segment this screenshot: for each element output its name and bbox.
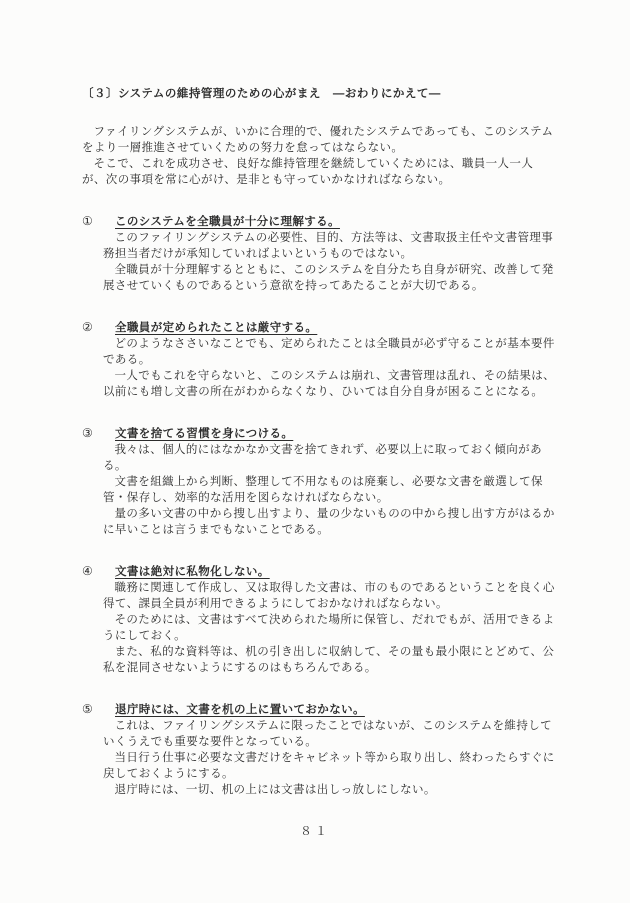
item-number: ①	[82, 213, 115, 229]
intro-section: ファイリングシステムが、いかに合理的で、優れたシステムであっても、このシステムを…	[82, 124, 556, 188]
item-heading: 文書は絶対に私物化しない。	[115, 564, 278, 580]
item-number: ②	[82, 319, 115, 335]
item-paragraph: これは、ファイリングシステムに限ったことではないが、このシステムを維持していくう…	[103, 718, 556, 750]
item-paragraph: 一人でもこれを守らないと、このシステムは崩れ、文書管理は乱れ、その結果は、以前に…	[103, 368, 556, 400]
item-paragraph: 退庁時には、一切、机の上には文書は出しっ放しにしない。	[103, 782, 556, 798]
intro-paragraph: そこで、これを成功させ、良好な維持管理を継続していくためには、職員一人一人が、次…	[82, 156, 556, 188]
item-body: どのようなささいなことでも、定められたことは全職員が必ず守ることが基本要件である…	[103, 336, 556, 400]
list-item-2: ② 全職員が定められたことは厳守する。 どのようなささいなことでも、定められたこ…	[82, 319, 556, 400]
item-number: ③	[82, 425, 115, 441]
item-heading-row: ⑤ 退庁時には、文書を机の上に置いておかない。	[82, 701, 556, 718]
document-page: 〔３〕システムの維持管理のための心がまえ ―おわりにかえて― ファイリングシステ…	[0, 0, 630, 903]
intro-paragraph: ファイリングシステムが、いかに合理的で、優れたシステムであっても、このシステムを…	[82, 124, 556, 156]
item-number: ④	[82, 563, 115, 579]
item-heading-row: ④ 文書は絶対に私物化しない。	[82, 563, 556, 580]
item-paragraph: 我々は、個人的にはなかなか文書を捨てきれず、必要以上に取っておく傾向がある。	[103, 442, 556, 474]
page-number: ８１	[0, 822, 630, 839]
item-heading: 退庁時には、文書を机の上に置いておかない。	[115, 702, 373, 718]
item-paragraph: そのためには、文書はすべて決められた場所に保管し、だれでもが、活用できるようにし…	[103, 612, 556, 644]
item-paragraph: 当日行う仕事に必要な文書だけをキャビネット等から取り出し、終わったらすぐに戻して…	[103, 750, 556, 782]
item-heading-row: ③ 文書を捨てる習慣を身につける。	[82, 425, 556, 442]
item-body: このファイリングシステムの必要性、目的、方法等は、文書取扱主任や文書管理事務担当…	[103, 230, 556, 294]
item-paragraph: また、私的な資料等は、机の引き出しに収納して、その量も最小限にとどめて、公私を混…	[103, 644, 556, 676]
item-body: 我々は、個人的にはなかなか文書を捨てきれず、必要以上に取っておく傾向がある。 文…	[103, 442, 556, 538]
item-heading-row: ② 全職員が定められたことは厳守する。	[82, 319, 556, 336]
list-item-5: ⑤ 退庁時には、文書を机の上に置いておかない。 これは、ファイリングシステムに限…	[82, 701, 556, 798]
item-paragraph: 全職員が十分理解するとともに、このシステムを自分たち自身が研究、改善して発展させ…	[103, 262, 556, 294]
item-paragraph: 職務に関連して作成し、又は取得した文書は、市のものであるということを良く心得て、…	[103, 580, 556, 612]
list-item-4: ④ 文書は絶対に私物化しない。 職務に関連して作成し、又は取得した文書は、市のも…	[82, 563, 556, 676]
list-item-3: ③ 文書を捨てる習慣を身につける。 我々は、個人的にはなかなか文書を捨てきれず、…	[82, 425, 556, 538]
item-body: これは、ファイリングシステムに限ったことではないが、このシステムを維持していくう…	[103, 718, 556, 798]
page-title: 〔３〕システムの維持管理のための心がまえ ―おわりにかえて―	[82, 86, 556, 102]
item-heading: このシステムを全職員が十分に理解する。	[115, 214, 348, 230]
item-paragraph: 文書を組織上から判断、整理して不用なものは廃棄し、必要な文書を厳選して保管・保存…	[103, 474, 556, 506]
item-number: ⑤	[82, 701, 115, 717]
item-paragraph: どのようなささいなことでも、定められたことは全職員が必ず守ることが基本要件である…	[103, 336, 556, 368]
item-heading: 全職員が定められたことは厳守する。	[115, 320, 325, 336]
item-heading-row: ① このシステムを全職員が十分に理解する。	[82, 213, 556, 230]
list-item-1: ① このシステムを全職員が十分に理解する。 このファイリングシステムの必要性、目…	[82, 213, 556, 294]
item-paragraph: 量の多い文書の中から捜し出すより、量の少ないものの中から捜し出す方がはるかに早い…	[103, 506, 556, 538]
item-body: 職務に関連して作成し、又は取得した文書は、市のものであるということを良く心得て、…	[103, 580, 556, 676]
item-heading: 文書を捨てる習慣を身につける。	[115, 426, 301, 442]
item-paragraph: このファイリングシステムの必要性、目的、方法等は、文書取扱主任や文書管理事務担当…	[103, 230, 556, 262]
